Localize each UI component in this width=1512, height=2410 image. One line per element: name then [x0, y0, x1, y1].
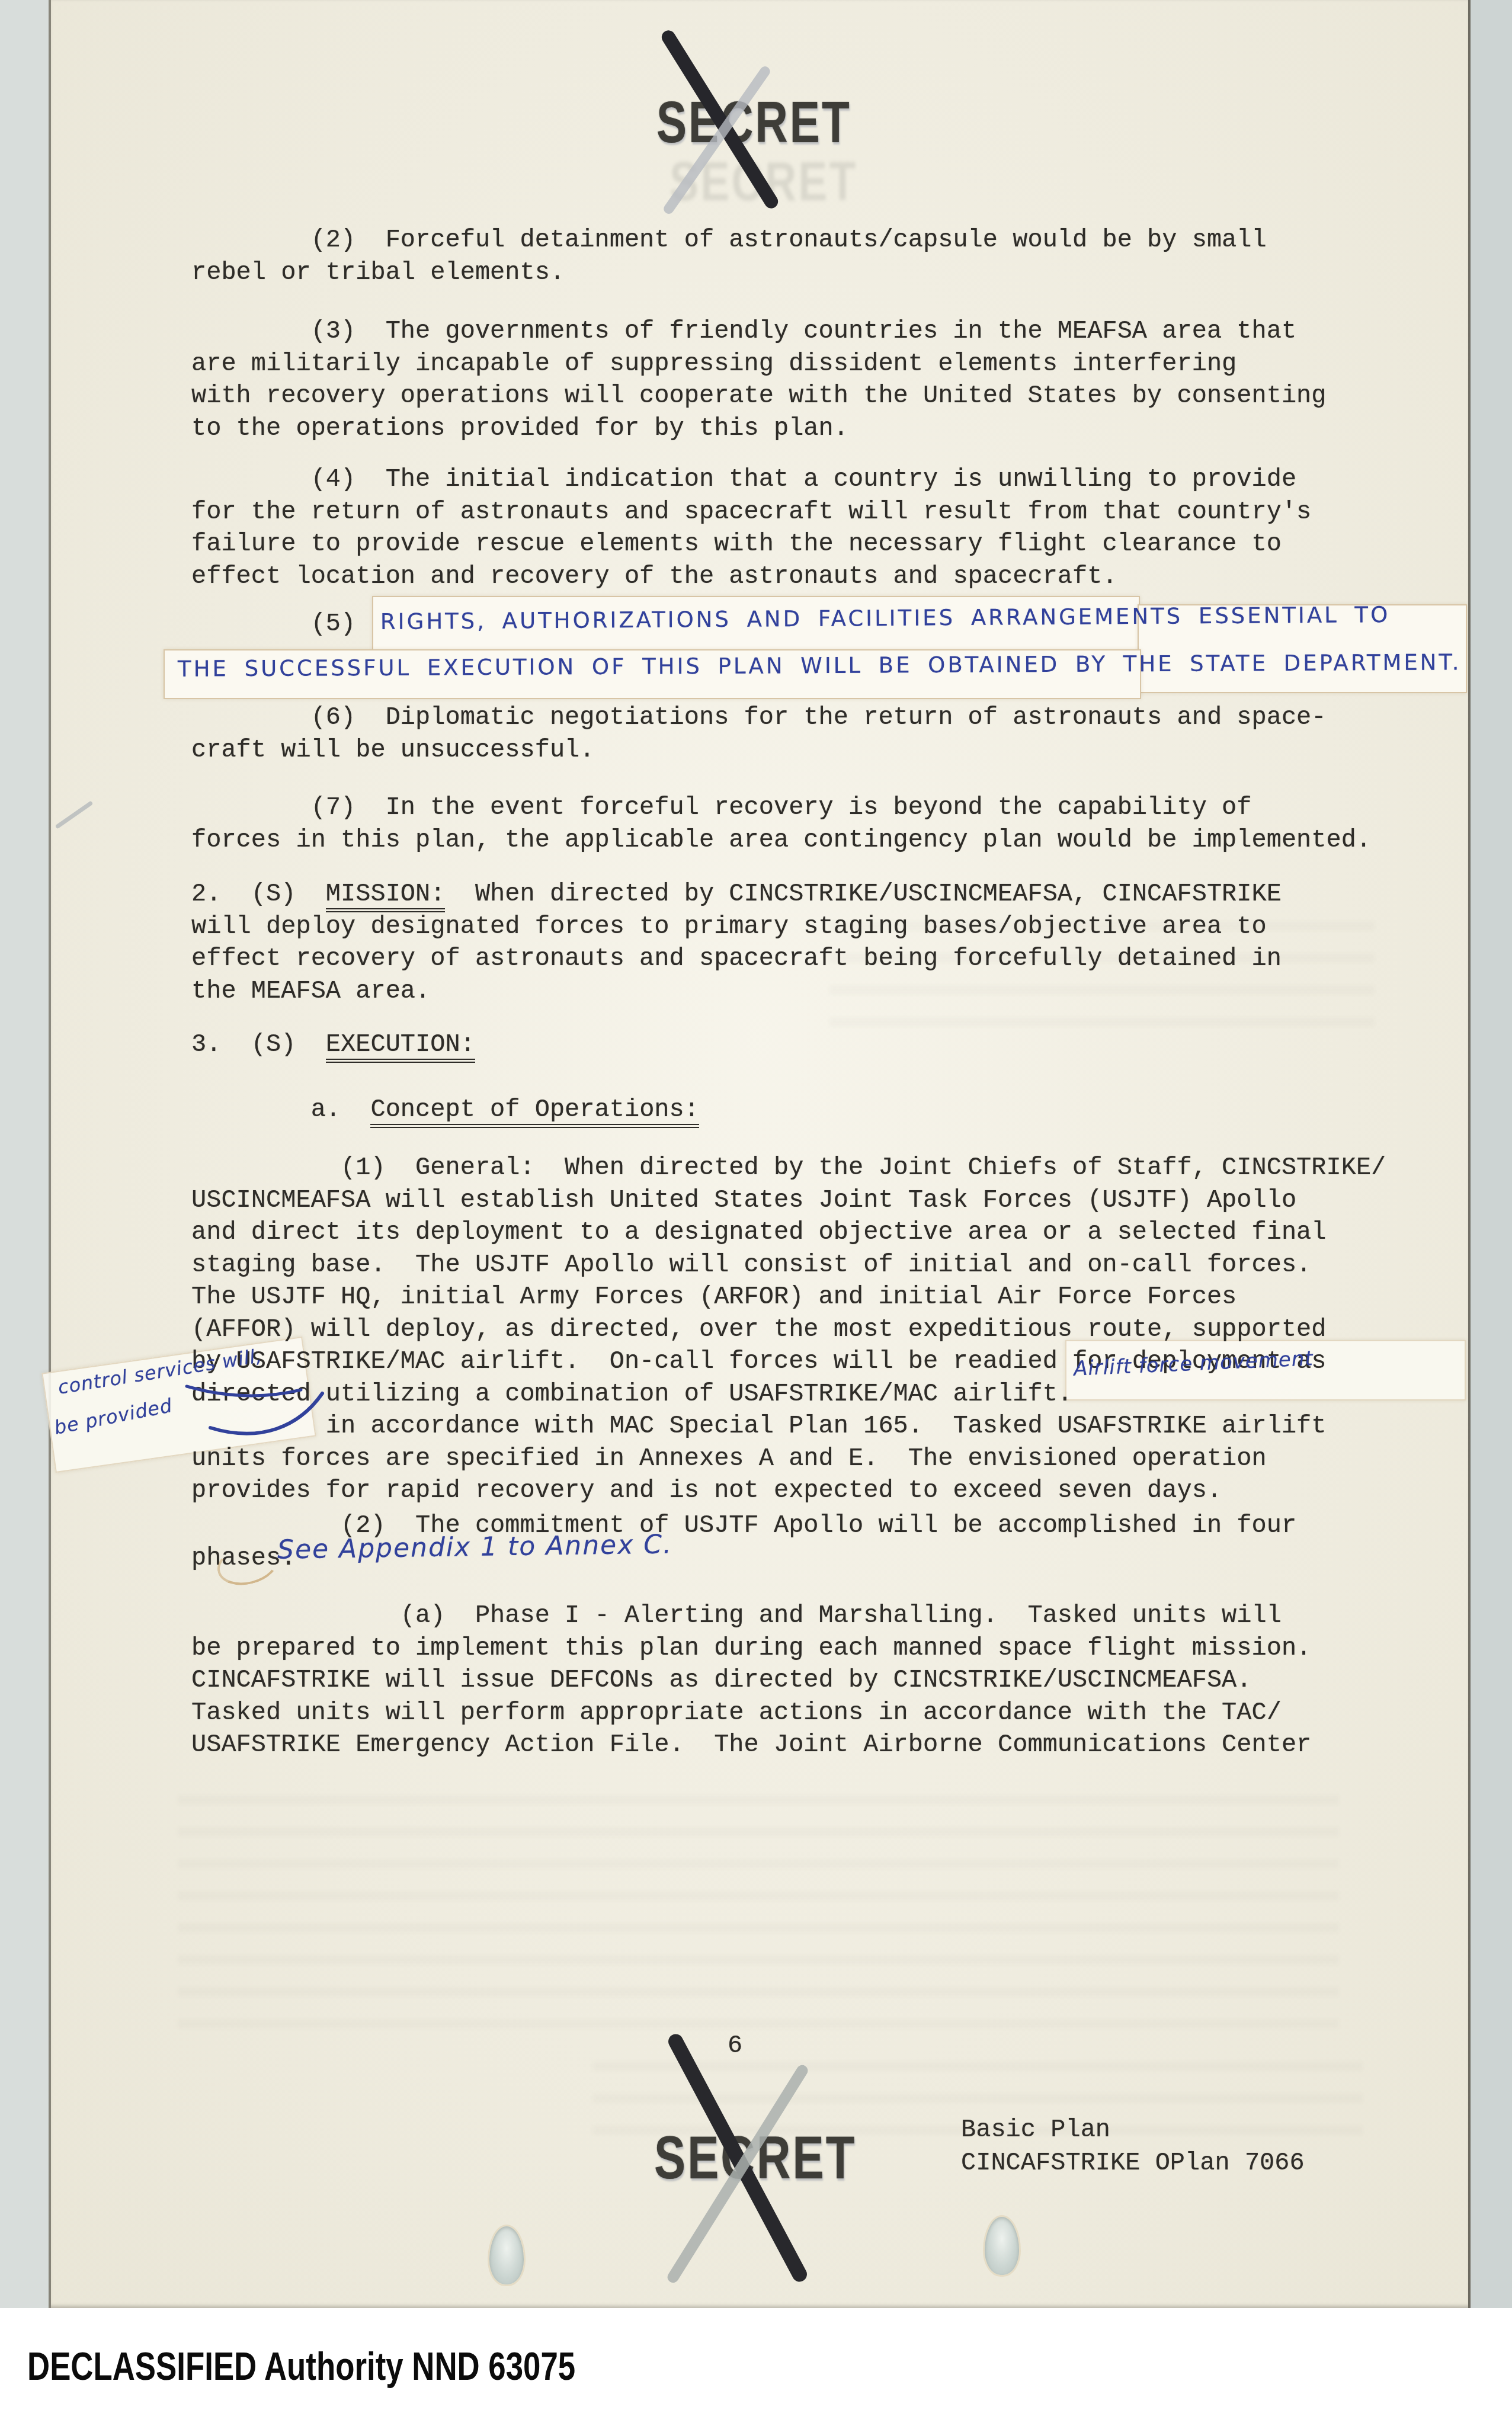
handwritten-appendix-note: See Appendix 1 to Annex C. [277, 1529, 673, 1565]
paragraph-5-marker: (5) [191, 608, 355, 640]
section-3-execution: 3. (S) EXECUTION: [191, 1028, 475, 1061]
footer-id-line1: Basic Plan [961, 2114, 1110, 2146]
section-3-number: 3. (S) [191, 1030, 326, 1059]
declassified-text: DECLASSIFIED Authority NND 63075 [27, 2344, 575, 2389]
margin-note-arrow [178, 1369, 338, 1451]
page-number: 6 [728, 2030, 742, 2062]
paragraph-c1-general: (1) General: When directed by the Joint … [191, 1152, 1386, 1507]
paragraph-4: (4) The initial indication that a countr… [191, 463, 1311, 592]
paragraph-2: (2) Forceful detainment of astronauts/ca… [191, 224, 1267, 289]
section-3-heading: EXECUTION: [326, 1030, 475, 1063]
declassified-banner: DECLASSIFIED Authority NND 63075 [0, 2308, 1512, 2410]
scan-margin-left [0, 0, 49, 2308]
item-a-number: a. [191, 1095, 370, 1124]
section-2-number: 2. (S) [191, 880, 326, 908]
scanned-document-page: SECRET SECRET (2) Forceful detainment of… [0, 0, 1512, 2410]
section-2-mission: 2. (S) MISSION: When directed by CINCSTR… [191, 878, 1282, 1007]
paragraph-6: (6) Diplomatic negotiations for the retu… [191, 701, 1327, 766]
item-a-heading: Concept of Operations: [370, 1095, 699, 1128]
item-a-concept: a. Concept of Operations: [191, 1094, 699, 1126]
bleed-through-smudge [178, 1795, 1339, 2050]
paragraph-7: (7) In the event forceful recovery is be… [191, 791, 1371, 856]
scan-margin-right [1471, 0, 1512, 2308]
secret-stamp-top: SECRET [656, 89, 851, 156]
paragraph-c2a-phase1: (a) Phase I - Alerting and Marshalling. … [191, 1600, 1311, 1761]
section-2-heading: MISSION: [326, 880, 446, 912]
footer-id-line2: CINCAFSTRIKE OPlan 7066 [961, 2147, 1305, 2180]
paragraph-3: (3) The governments of friendly countrie… [191, 315, 1327, 444]
